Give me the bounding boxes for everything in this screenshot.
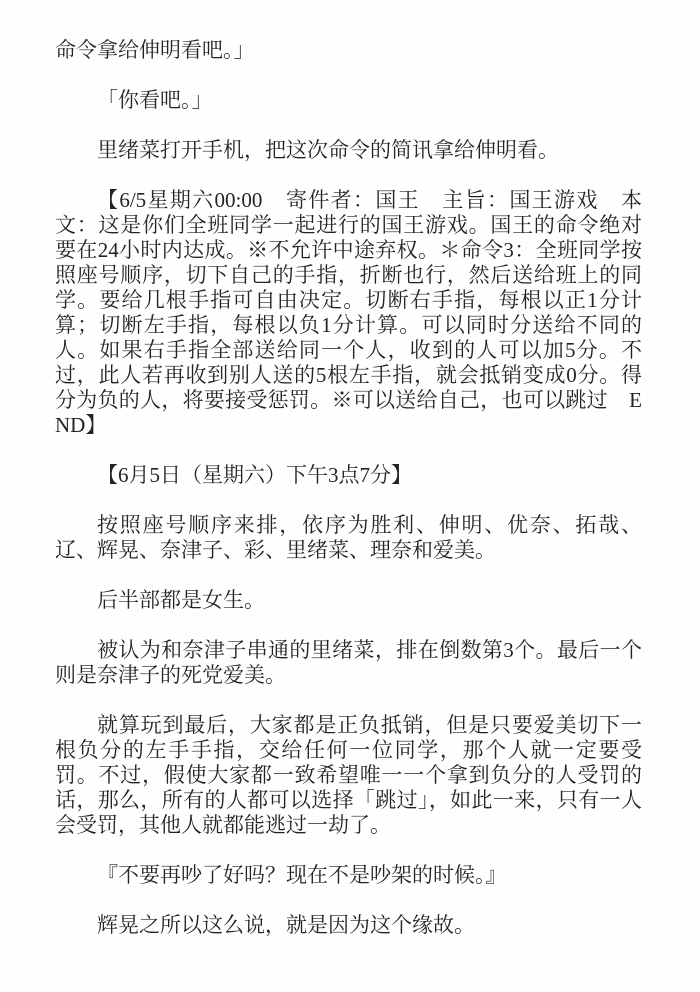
narration-line: 就算玩到最后，大家都是正负抵销，但是只要爱美切下一根负分的左手手指，交给任何一位… xyxy=(55,713,642,838)
narration-line: 里绪菜打开手机，把这次命令的简讯拿给伸明看。 xyxy=(55,138,642,163)
king-sms-message: 【6/5星期六00:00 寄件者：国王 主旨：国王游戏 本文：这是你们全班同学一… xyxy=(55,188,642,438)
dialogue-line: 「你看吧。」 xyxy=(55,88,642,113)
novel-page: 命令拿给伸明看吧。」 「你看吧。」 里绪菜打开手机，把这次命令的简讯拿给伸明看。… xyxy=(0,0,700,992)
inner-dialogue-line: 『不要再吵了好吗？现在不是吵架的时候。』 xyxy=(55,863,642,888)
narration-line: 辉晃之所以这么说，就是因为这个缘故。 xyxy=(55,913,642,938)
narration-line: 被认为和奈津子串通的里绪菜，排在倒数第3个。最后一个则是奈津子的死党爱美。 xyxy=(55,638,642,688)
narration-line: 按照座号顺序来排，依序为胜利、伸明、优奈、拓哉、辽、辉晃、奈津子、彩、里绪菜、理… xyxy=(55,513,642,563)
narration-line: 后半部都是女生。 xyxy=(55,588,642,613)
dialogue-line-continued: 命令拿给伸明看吧。」 xyxy=(55,38,642,63)
timestamp-heading: 【6月5日（星期六）下午3点7分】 xyxy=(55,463,642,488)
